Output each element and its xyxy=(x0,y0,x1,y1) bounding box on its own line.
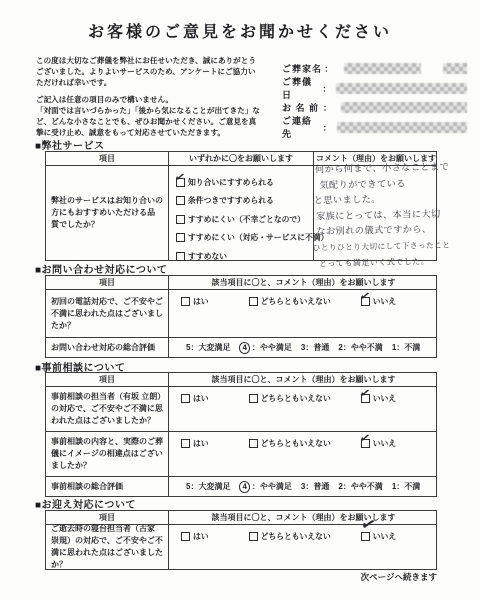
checkbox-option: ✓ はい xyxy=(181,437,209,449)
checkbox: ✓ xyxy=(249,394,258,403)
question-text: 事前相談の内容と、実際のご葬儀にイメージの相違点はございましたか？ xyxy=(46,432,169,476)
section-title-service: ■弊社サービス xyxy=(35,137,105,152)
checkbox-option: ✓ どちらともいえない xyxy=(249,530,331,542)
rating-text: ：大変満足 xyxy=(190,343,230,352)
checkbox-option: ✓ いいえ xyxy=(361,295,396,307)
column-header-item: 項目 xyxy=(46,373,169,386)
checkbox: ✓ xyxy=(181,297,190,306)
table-header-row: 項目 該当項目に〇と、コメント（理由）をお願いします xyxy=(46,276,436,289)
rating-number: 4 xyxy=(239,341,252,354)
consultation-question-row-1: 事前相談の担当者（有坂 立朗）の対応で、ご不安やご不満に思われた点はございました… xyxy=(46,386,436,431)
checkbox-option: ✓ すすめにくい（対応・サービスに不満） xyxy=(169,229,313,248)
checkbox: ✓ xyxy=(361,297,370,306)
pickup-table: 項目 該当項目に〇と、コメント（理由）をお願いします ご逝去時の寝台担当者（古家… xyxy=(45,510,437,570)
yes-no-options: ✓ はい ✓ どちらともいえない ✓ いいえ xyxy=(169,525,438,569)
check-icon: ✓ xyxy=(359,386,371,400)
inquiry-table: 項目 該当項目に〇と、コメント（理由）をお願いします 初回の電話対応で、ご不安や… xyxy=(45,275,437,358)
option-label: いいえ xyxy=(373,531,396,542)
info-row-funeral-date: ご葬儀日 ： xyxy=(282,79,467,99)
yes-no-options: ✓ はい ✓ どちらともいえない ✓ いいえ xyxy=(169,290,438,337)
rating-text: ：普通 xyxy=(305,343,329,352)
rating-text: ：普通 xyxy=(305,482,329,491)
checkbox: ✓ xyxy=(176,178,185,187)
option-label: いいえ xyxy=(373,393,396,404)
checkbox: ✓ xyxy=(181,439,190,448)
column-header-item: 項目 xyxy=(46,152,169,165)
rating-item: 3：普通 xyxy=(301,342,329,353)
option-label: どちらともいえない xyxy=(261,438,331,449)
option-label: はい xyxy=(193,296,209,307)
checkbox-option: ✓ はい xyxy=(181,392,209,404)
handwritten-line: とっても満足いく式でした。 xyxy=(319,253,449,271)
rating-text: ：大変満足 xyxy=(190,482,230,491)
checkbox: ✓ xyxy=(181,394,190,403)
rating-number: 4 xyxy=(239,480,252,493)
rating-text: ：やや満足 xyxy=(252,343,292,352)
option-label: どちらともいえない xyxy=(261,393,331,404)
handwritten-comment: 何から何まで、小さなことまで 気配りができている と思いました。 家族にとっては… xyxy=(315,160,449,272)
intro-paragraph-2-body: 「対面では言いづらかった」「後から気になることが出てきた」など、どんな小さなこと… xyxy=(36,106,260,137)
rating-item: 3：普通 xyxy=(301,481,329,492)
inquiry-question-row: 初回の電話対応で、ご不安やご不満に思われた点はございましたか？ ✓ はい ✓ ど… xyxy=(46,289,436,337)
redacted-value xyxy=(341,102,467,113)
question-text: 弊社のサービスはお知り合いの方にもおすすめいただける品質でしたか？ xyxy=(46,166,169,260)
continue-note: 次ページへ続きます xyxy=(45,571,437,583)
yes-no-options: ✓ はい ✓ どちらともいえない ✓ いいえ xyxy=(169,387,438,431)
option-label: すすめにくい（不幸ごとなので） xyxy=(188,214,305,225)
section-title-inquiry: ■お問い合わせ対応について xyxy=(35,261,167,276)
rating-item: 5：大変満足 xyxy=(186,481,230,492)
checkbox-option: ✓ いいえ xyxy=(361,530,396,542)
checkbox-option: ✓ いいえ xyxy=(361,392,396,404)
rating-item: 5：大変満足 xyxy=(186,342,230,353)
checkbox: ✓ xyxy=(249,297,258,306)
checkbox-option: ✓ はい xyxy=(181,530,209,542)
info-row-contact: ご連絡先 ： xyxy=(282,118,467,138)
intro-paragraph-1: この度は大切なご葬儀を弊社にお任せいただき、誠にありがとうございました。よりよい… xyxy=(36,56,261,88)
checkbox: ✓ xyxy=(249,439,258,448)
consultation-question-row-2: 事前相談の内容と、実際のご葬儀にイメージの相違点はございましたか？ ✓ はい ✓… xyxy=(46,431,436,476)
redacted-value xyxy=(344,63,421,74)
checkbox-option: ✓ すすめにくい（不幸ごとなので） xyxy=(169,210,313,229)
option-label: はい xyxy=(193,393,209,404)
page-title: お客様のご意見をお聞かせください xyxy=(0,19,480,42)
checkbox-option: ✓ いいえ xyxy=(361,437,396,449)
consultation-rating-row: 事前相談の総合評価 5：大変満足 4：やや満足 3：普通 2：やや不満 1：不満 xyxy=(46,476,436,496)
rating-item: 1：不満 xyxy=(392,342,420,353)
rating-item: 4：やや満足 xyxy=(239,481,291,493)
checkbox-option: ✓ どちらともいえない xyxy=(249,392,331,404)
question-text: ご逝去時の寝台担当者（古家 崇規）の対応で、ご不安やご不満に思われた点はございま… xyxy=(46,525,169,569)
checkbox: ✓ xyxy=(176,252,185,261)
rating-label: お問い合わせ対応の総合評価 xyxy=(46,338,169,357)
field-label: ご葬儀日 xyxy=(282,75,320,101)
handwritten-line: 何から何まで、小さなことまで xyxy=(315,160,447,178)
checkbox-option: ✓ はい xyxy=(181,295,209,307)
question-text: 事前相談の担当者（有坂 立朗）の対応で、ご不安やご不満に思われた点はございました… xyxy=(46,387,169,431)
rating-item: 2：やや不満 xyxy=(338,342,382,353)
column-header-response: 該当項目に〇と、コメント（理由）をお願いします xyxy=(169,511,438,524)
rating-scale: 5：大変満足 4：やや満足 3：普通 2：やや不満 1：不満 xyxy=(169,338,438,357)
section-title-pickup: ■お迎え対応について xyxy=(35,496,136,511)
redacted-value xyxy=(443,63,467,74)
redacted-value xyxy=(336,83,467,94)
option-label: すすめにくい（対応・サービスに不満） xyxy=(188,232,328,243)
pickup-question-row: ご逝去時の寝台担当者（古家 崇規）の対応で、ご不安やご不満に思われた点はございま… xyxy=(46,524,436,569)
rating-text: ：やや満足 xyxy=(252,482,292,491)
field-colon: ： xyxy=(322,82,331,95)
checkbox-option: ✓ どちらともいえない xyxy=(249,295,331,307)
checkbox: ✓ xyxy=(361,439,370,448)
checkbox: ✓ xyxy=(176,215,185,224)
rating-text: ：やや不満 xyxy=(343,482,383,491)
checkbox-option: ✓ 知り合いにすすめられる xyxy=(169,173,313,192)
answer-cell: ✓ はい ✓ どちらともいえない ✓ いいえ xyxy=(169,525,438,569)
table-header-row: 項目 該当項目に〇と、コメント（理由）をお願いします xyxy=(46,373,436,386)
redacted-value xyxy=(337,122,467,133)
check-icon: ✓ xyxy=(359,517,376,533)
inquiry-rating-row: お問い合わせ対応の総合評価 5：大変満足 4：やや満足 3：普通 2：やや不満 … xyxy=(46,337,436,357)
scanned-survey-page: お客様のご意見をお聞かせください この度は大切なご葬儀を弊社にお任せいただき、誠… xyxy=(0,0,480,600)
consultation-table: 項目 該当項目に〇と、コメント（理由）をお願いします 事前相談の担当者（有坂 立… xyxy=(45,372,437,497)
options-column: ✓ 知り合いにすすめられる ✓ 条件つきですすめられる ✓ すすめにくい（不幸ご… xyxy=(169,166,314,260)
checkbox: ✓ xyxy=(361,394,370,403)
rating-text: ：不満 xyxy=(396,343,420,352)
option-label: 知り合いにすすめられる xyxy=(188,177,274,188)
option-label: はい xyxy=(193,438,209,449)
rating-item: 1：不満 xyxy=(392,481,420,492)
rating-scale: 5：大変満足 4：やや満足 3：普通 2：やや不満 1：不満 xyxy=(169,477,438,496)
option-label: いいえ xyxy=(373,296,396,307)
check-icon: ✓ xyxy=(174,170,186,184)
rating-label: 事前相談の総合評価 xyxy=(46,477,169,496)
field-colon: ： xyxy=(323,121,332,134)
checkbox: ✓ xyxy=(361,532,370,541)
checkbox-option: ✓ すすめない xyxy=(169,247,313,266)
question-text: 初回の電話対応で、ご不安やご不満に思われた点はございましたか？ xyxy=(46,290,169,337)
rating-item: 2：やや不満 xyxy=(338,481,382,492)
answer-cell: ✓ はい ✓ どちらともいえない ✓ いいえ xyxy=(169,387,438,431)
check-icon: ✓ xyxy=(359,431,371,445)
field-label: ご葬家名 xyxy=(282,62,322,75)
intro-text: この度は大切なご葬儀を弊社にお任せいただき、誠にありがとうございました。よりよい… xyxy=(36,56,261,145)
rating-text: ：不満 xyxy=(396,482,420,491)
column-header-response: 該当項目に〇と、コメント（理由）をお願いします xyxy=(169,276,438,289)
yes-no-options: ✓ はい ✓ どちらともいえない ✓ いいえ xyxy=(169,432,438,476)
column-header-choice: いずれかに〇をお願いします xyxy=(169,152,314,165)
checkbox: ✓ xyxy=(176,196,185,205)
option-label: はい xyxy=(193,531,209,542)
option-label: 条件つきですすめられる xyxy=(188,195,274,206)
check-icon: ✓ xyxy=(359,289,371,303)
guest-info-fields: ご葬家名 ： ご葬儀日 ： お 名 前 ： ご連絡先 ： xyxy=(282,59,467,137)
option-label: いいえ xyxy=(373,438,396,449)
answer-cell: ✓ はい ✓ どちらともいえない ✓ いいえ xyxy=(169,432,438,476)
intro-paragraph-2: ご記入は任意の項目のみで構いません。 「対面では言いづらかった」「後から気になる… xyxy=(36,95,261,138)
field-colon: ： xyxy=(323,101,332,114)
rating-item: 4：やや満足 xyxy=(239,342,291,354)
column-header-item: 項目 xyxy=(46,276,169,289)
answer-cell: ✓ はい ✓ どちらともいえない ✓ いいえ xyxy=(169,290,438,337)
field-colon: ： xyxy=(324,62,333,75)
checkbox-option: ✓ どちらともいえない xyxy=(249,437,331,449)
field-label: お 名 前 xyxy=(282,101,321,114)
checkbox: ✓ xyxy=(249,532,258,541)
column-header-response: 該当項目に〇と、コメント（理由）をお願いします xyxy=(169,373,438,386)
checkbox: ✓ xyxy=(181,532,190,541)
field-label: ご連絡先 xyxy=(282,114,321,140)
checkbox-option: ✓ 条件つきですすめられる xyxy=(169,192,313,211)
option-label: すすめない xyxy=(188,251,227,262)
option-label: どちらともいえない xyxy=(261,296,331,307)
option-label: どちらともいえない xyxy=(261,531,331,542)
intro-paragraph-2-line1: ご記入は任意の項目のみで構いません。 xyxy=(36,95,173,104)
rating-text: ：やや不満 xyxy=(343,343,383,352)
checkbox: ✓ xyxy=(176,233,185,242)
